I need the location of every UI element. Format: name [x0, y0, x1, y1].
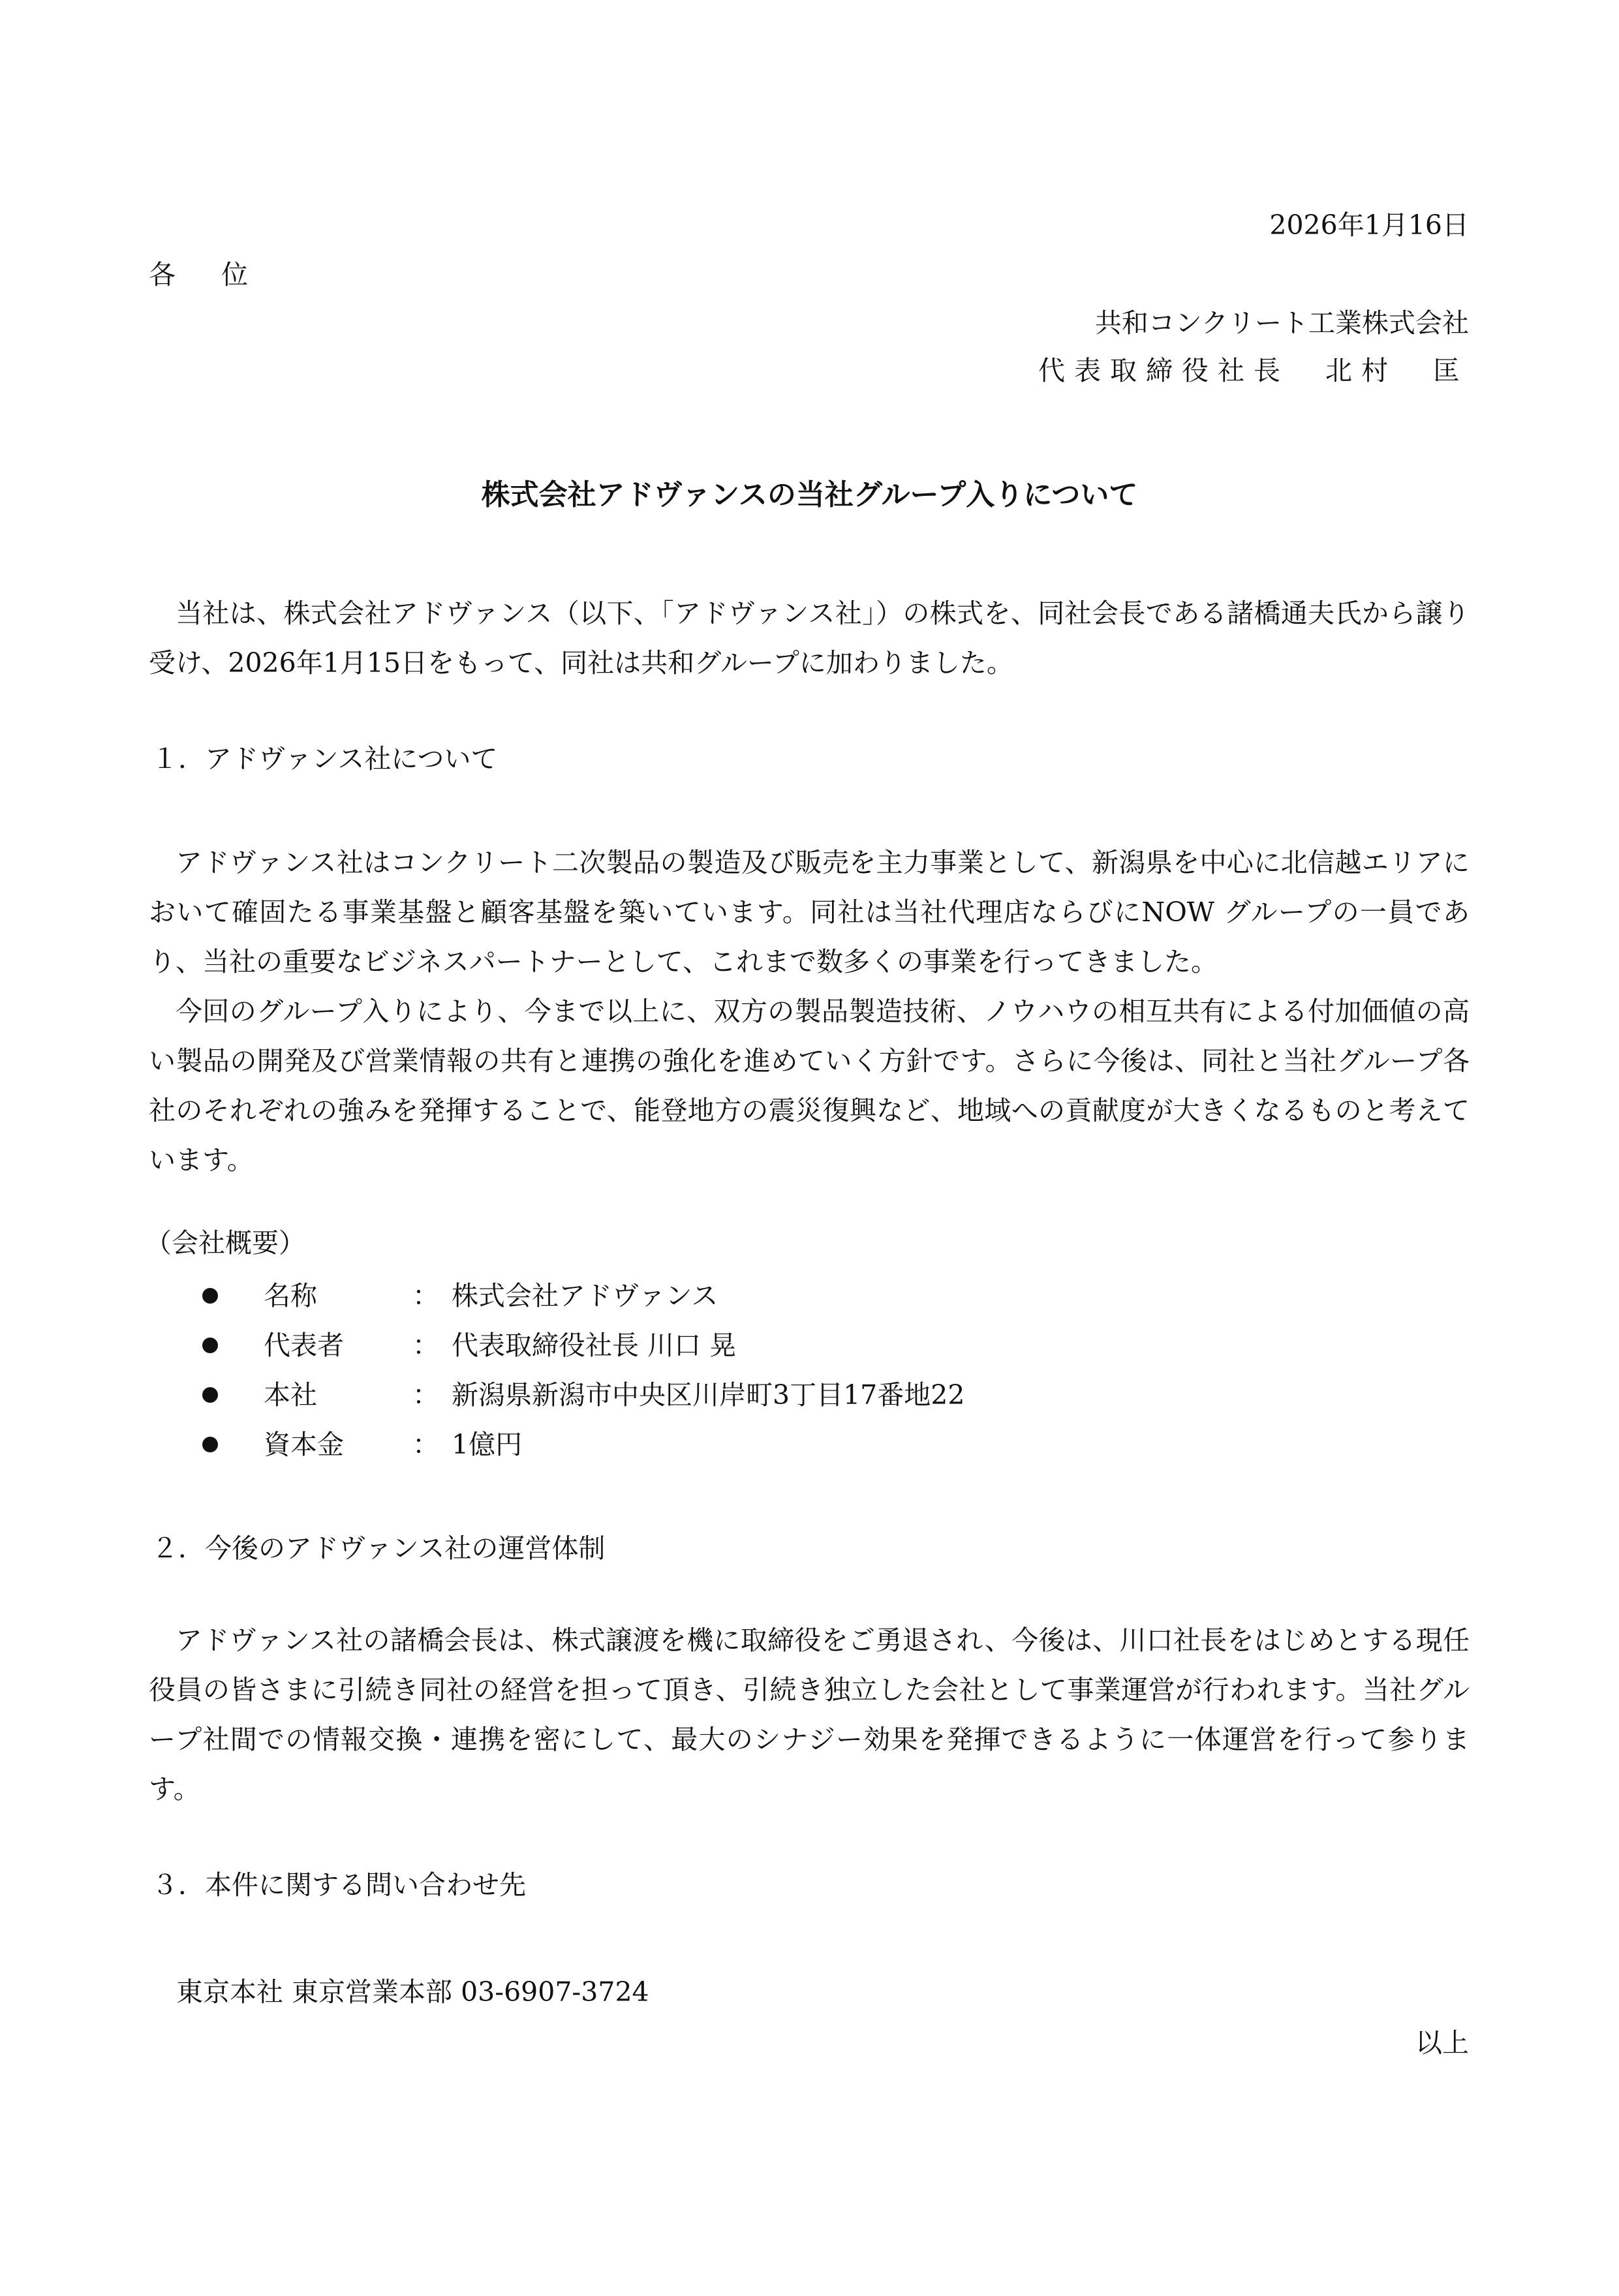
overview-item-capital: 資本金 ： 1億円 [202, 1420, 964, 1469]
section-2-heading: ２．今後のアドヴァンス社の運営体制 [151, 1527, 605, 1565]
overview-item-label: 資本金 [264, 1420, 362, 1469]
overview-item-label: 名称 [264, 1271, 362, 1321]
section-1-heading: １．アドヴァンス社について [151, 737, 498, 776]
company-overview-list: 名称 ： 株式会社アドヴァンス 代表者 ： 代表取締役社長 川口 晃 本社 ： … [202, 1271, 964, 1469]
overview-item-label: 代表者 [264, 1321, 362, 1370]
overview-separator: ： [412, 1370, 452, 1420]
section-1-body: アドヴァンス社はコンクリート二次製品の製造及び販売を主力事業として、新潟県を中心… [149, 838, 1470, 1185]
overview-separator: ： [412, 1271, 452, 1321]
bullet-icon [202, 1288, 218, 1304]
overview-item-value: 代表取締役社長 川口 晃 [452, 1321, 736, 1370]
overview-item-headquarters: 本社 ： 新潟県新潟市中央区川岸町3丁目17番地22 [202, 1370, 964, 1420]
bullet-icon [202, 1338, 218, 1353]
bullet-icon [202, 1387, 218, 1403]
overview-item-name: 名称 ： 株式会社アドヴァンス [202, 1271, 964, 1321]
intro-text: 当社は、株式会社アドヴァンス（以下、「アドヴァンス社」）の株式を、同社会長である… [149, 589, 1470, 688]
addressee-char-1: 各 [149, 259, 176, 290]
section-1-paragraph-1: アドヴァンス社はコンクリート二次製品の製造及び販売を主力事業として、新潟県を中心… [149, 838, 1470, 987]
overview-separator: ： [412, 1420, 452, 1469]
company-overview-label: （会社概要） [145, 1221, 305, 1260]
sender-name: 代表取締役社長 北村 匡 [1038, 349, 1469, 388]
overview-item-label: 本社 [264, 1370, 362, 1420]
sender-company: 共和コンクリート工業株式会社 [1095, 301, 1469, 340]
overview-item-value: 1億円 [452, 1420, 522, 1469]
overview-item-representative: 代表者 ： 代表取締役社長 川口 晃 [202, 1321, 964, 1370]
overview-separator: ： [412, 1321, 452, 1370]
section-1-paragraph-2: 今回のグループ入りにより、今まで以上に、双方の製品製造技術、ノウハウの相互共有に… [149, 987, 1470, 1185]
document-page: 2026年1月16日 各位 共和コンクリート工業株式会社 代表取締役社長 北村 … [0, 0, 1619, 2296]
overview-item-value: 株式会社アドヴァンス [452, 1271, 718, 1321]
intro-paragraph: 当社は、株式会社アドヴァンス（以下、「アドヴァンス社」）の株式を、同社会長である… [149, 589, 1470, 688]
issue-date: 2026年1月16日 [1269, 204, 1469, 242]
section-3-heading: ３．本件に関する問い合わせ先 [151, 1863, 526, 1902]
closing-mark: 以上 [1415, 2021, 1469, 2060]
addressee-char-2: 位 [221, 259, 248, 290]
section-2-body: アドヴァンス社の諸橋会長は、株式譲渡を機に取締役をご勇退され、今後は、川口社長を… [149, 1615, 1470, 1814]
overview-item-value: 新潟県新潟市中央区川岸町3丁目17番地22 [452, 1370, 964, 1420]
bullet-icon [202, 1437, 218, 1452]
section-2-paragraph-1: アドヴァンス社の諸橋会長は、株式譲渡を機に取締役をご勇退され、今後は、川口社長を… [149, 1615, 1470, 1814]
contact-info: 東京本社 東京営業本部 03‐6907‐3724 [176, 1970, 649, 2009]
addressee: 各位 [149, 253, 248, 292]
document-title: 株式会社アドヴァンスの当社グループ入りについて [0, 471, 1619, 513]
